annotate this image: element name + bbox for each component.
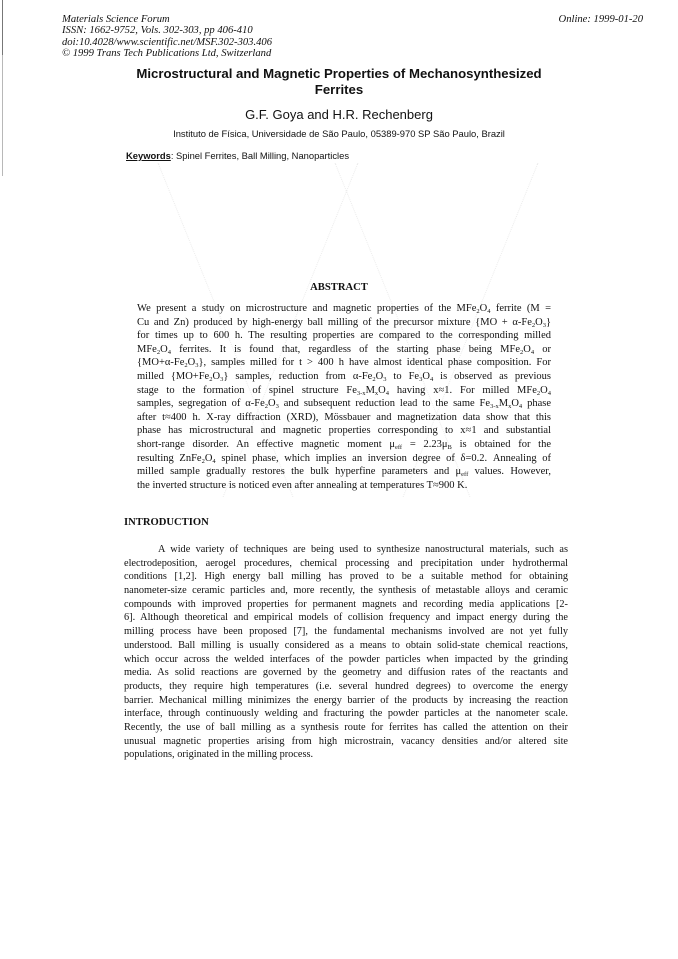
- text-segment: M: [366, 385, 375, 396]
- text-segment: A wide variety of techniques are being u…: [158, 544, 568, 555]
- text-line: milled {MO+Fe2O3} samples, reduction fro…: [137, 370, 551, 384]
- text-segment: MFe: [137, 344, 157, 355]
- journal-metadata: Materials Science Forum ISSN: 1662-9752,…: [62, 14, 272, 60]
- doi-line: doi:10.4028/www.scientific.net/MSF.302-3…: [62, 37, 272, 48]
- subscript: 3-x: [357, 390, 366, 397]
- text-segment: O: [378, 385, 386, 396]
- affiliation: Instituto de Física, Universidade de São…: [0, 128, 678, 139]
- text-segment: spinel phase, which implies an inversion…: [216, 453, 551, 464]
- text-segment: ferrites. It is found that, regardless o…: [171, 344, 520, 355]
- copyright-line: © 1999 Trans Tech Publications Ltd, Swit…: [62, 48, 272, 59]
- text-segment: milled sample gradually restores the bul…: [137, 466, 461, 477]
- text-segment: M: [499, 398, 508, 409]
- text-line: media. As solid reactions are governed b…: [124, 666, 568, 680]
- text-segment: electrodeposition, aerogel procedures, c…: [124, 558, 568, 569]
- text-segment: Cu and Zn) produced by high-energy ball …: [137, 317, 532, 328]
- text-line: milling process have been proposed [7], …: [124, 625, 568, 639]
- text-segment: We present a study on microstructure and…: [137, 303, 476, 314]
- text-segment: resulting ZnFe: [137, 453, 202, 464]
- text-segment: = 2.23μ: [402, 439, 447, 450]
- text-segment: values. However,: [468, 466, 551, 477]
- text-segment: understood. Ball milling is usually cons…: [124, 640, 568, 651]
- text-segment: populations, originated in the milling p…: [124, 749, 313, 760]
- page-edge-line-dark: [2, 0, 3, 55]
- text-line: We present a study on microstructure and…: [137, 302, 551, 316]
- text-segment: barrier. Mechanical milling minimizes th…: [124, 695, 568, 706]
- text-segment: O: [511, 398, 519, 409]
- text-segment: media. As solid reactions are governed b…: [124, 667, 568, 678]
- text-segment: samples, segregation of α-Fe: [137, 398, 265, 409]
- text-line: electrodeposition, aerogel procedures, c…: [124, 557, 568, 571]
- text-segment: the inverted structure is noticed even a…: [137, 480, 467, 491]
- introduction-body: A wide variety of techniques are being u…: [124, 543, 568, 762]
- text-line: barrier. Mechanical milling minimizes th…: [124, 694, 568, 708]
- text-segment: milled {MO+Fe: [137, 371, 209, 382]
- text-segment: or: [534, 344, 551, 355]
- text-segment: O: [422, 371, 430, 382]
- paper-page: Materials Science Forum ISSN: 1662-9752,…: [0, 0, 678, 959]
- text-segment: O: [268, 398, 276, 409]
- text-segment: 6]. Although theoretical and empirical m…: [124, 612, 568, 623]
- text-segment: phase has microstructural and magnetic p…: [137, 425, 551, 436]
- text-line: nanometer-size ceramic particles and, mo…: [124, 584, 568, 598]
- authors: G.F. Goya and H.R. Rechenberg: [0, 107, 678, 122]
- issn-line: ISSN: 1662-9752, Vols. 302-303, pp 406-4…: [62, 25, 272, 36]
- text-segment: phase: [522, 398, 551, 409]
- text-segment: O: [535, 317, 543, 328]
- text-segment: Recently, the use of ball milling as a s…: [124, 722, 568, 733]
- text-segment: unusual magnetic properties arising from…: [124, 736, 568, 747]
- text-segment: stage to the formation of spinel structu…: [137, 385, 357, 396]
- keywords-label: Keywords: [126, 150, 171, 161]
- text-segment: conditions [1,2]. High energy ball milli…: [124, 571, 568, 582]
- text-line: short-range disorder. An effective magne…: [137, 438, 551, 452]
- paper-title: Microstructural and Magnetic Properties …: [0, 66, 678, 97]
- text-line: milled sample gradually restores the bul…: [137, 465, 551, 479]
- text-segment: }, samples milled for t > 400 h have alm…: [198, 357, 551, 368]
- text-segment: products, they require high temperatures…: [124, 681, 568, 692]
- text-line: interface, through continuously welding …: [124, 707, 568, 721]
- text-segment: O: [523, 344, 531, 355]
- text-segment: }: [546, 317, 551, 328]
- text-line: conditions [1,2]. High energy ball milli…: [124, 570, 568, 584]
- text-line: after t≈400 h. X-ray diffraction (XRD), …: [137, 411, 551, 425]
- text-line: resulting ZnFe2O4 spinel phase, which im…: [137, 452, 551, 466]
- text-segment: compounds with improved properties for p…: [124, 599, 568, 610]
- text-segment: {MO+α-Fe: [137, 357, 184, 368]
- text-segment: to Fe: [386, 371, 419, 382]
- text-line: the inverted structure is noticed even a…: [137, 479, 551, 493]
- text-line: for times up to 600 h. The resulting pro…: [137, 329, 551, 343]
- keywords-list: : Spinel Ferrites, Ball Milling, Nanopar…: [171, 150, 349, 161]
- title-line-1: Microstructural and Magnetic Properties …: [0, 66, 678, 82]
- text-line: which occur across the welded interfaces…: [124, 653, 568, 667]
- text-line: samples, segregation of α-Fe2O3 and subs…: [137, 397, 551, 411]
- text-segment: O: [160, 344, 168, 355]
- text-segment: after t≈400 h. X-ray diffraction (XRD), …: [137, 412, 551, 423]
- subscript: 3-x: [490, 403, 499, 410]
- text-line: A wide variety of techniques are being u…: [124, 543, 568, 557]
- text-line: 6]. Although theoretical and empirical m…: [124, 611, 568, 625]
- text-line: MFe2O4 ferrites. It is found that, regar…: [137, 343, 551, 357]
- text-segment: ferrite (M =: [490, 303, 551, 314]
- text-line: populations, originated in the milling p…: [124, 748, 568, 762]
- text-line: phase has microstructural and magnetic p…: [137, 424, 551, 438]
- text-line: compounds with improved properties for p…: [124, 598, 568, 612]
- abstract-body: We present a study on microstructure and…: [137, 302, 551, 492]
- text-line: {MO+α-Fe2O3}, samples milled for t > 400…: [137, 356, 551, 370]
- text-segment: } samples, reduction from α-Fe: [223, 371, 372, 382]
- online-date: Online: 1999-01-20: [559, 14, 643, 25]
- text-segment: is obtained for the: [452, 439, 551, 450]
- text-segment: nanometer-size ceramic particles and, mo…: [124, 585, 568, 596]
- text-line: unusual magnetic properties arising from…: [124, 735, 568, 749]
- text-line: products, they require high temperatures…: [124, 680, 568, 694]
- text-segment: and subsequent reduction lead to the sam…: [279, 398, 490, 409]
- subscript: 4: [548, 390, 551, 397]
- text-line: stage to the formation of spinel structu…: [137, 384, 551, 398]
- text-segment: milling process have been proposed [7], …: [124, 626, 568, 637]
- text-segment: O: [212, 371, 220, 382]
- text-segment: which occur across the welded interfaces…: [124, 654, 568, 665]
- text-segment: having x≈1. For milled MFe: [389, 385, 537, 396]
- text-line: understood. Ball milling is usually cons…: [124, 639, 568, 653]
- text-segment: short-range disorder. An effective magne…: [137, 439, 395, 450]
- introduction-heading: INTRODUCTION: [124, 517, 209, 528]
- text-segment: is observed as previous: [433, 371, 551, 382]
- abstract-heading: ABSTRACT: [0, 282, 678, 293]
- text-line: Recently, the use of ball milling as a s…: [124, 721, 568, 735]
- keywords: Keywords: Spinel Ferrites, Ball Milling,…: [126, 150, 349, 161]
- text-segment: for times up to 600 h. The resulting pro…: [137, 330, 551, 341]
- text-segment: O: [540, 385, 548, 396]
- journal-name: Materials Science Forum: [62, 14, 272, 25]
- title-line-2: Ferrites: [0, 82, 678, 98]
- text-line: Cu and Zn) produced by high-energy ball …: [137, 316, 551, 330]
- text-segment: interface, through continuously welding …: [124, 708, 568, 719]
